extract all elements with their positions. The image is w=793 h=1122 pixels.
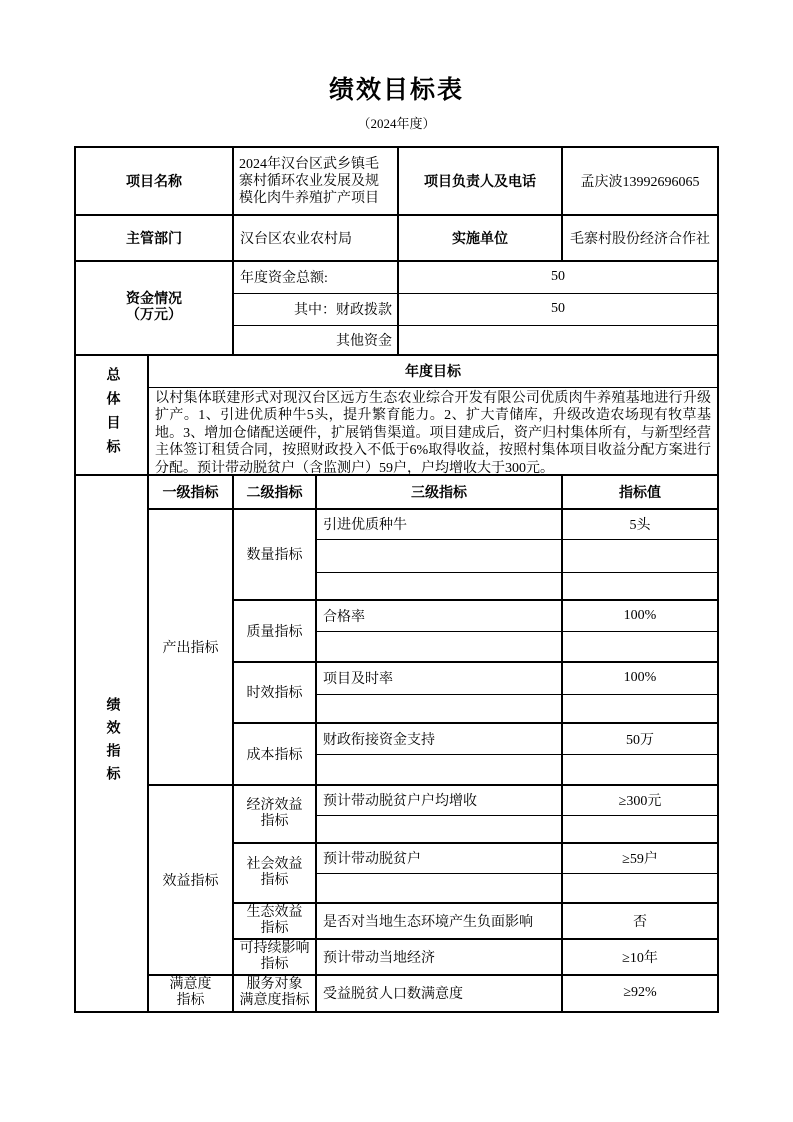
table-row: 效益指标 经济效益 指标 预计带动脱贫户户均增收 ≥300元 <box>75 785 718 816</box>
level3-cell <box>316 874 562 903</box>
project-name-value: 2024年汉台区武乡镇毛寨村循环农业发展及规模化肉牛养殖扩产项目 <box>233 147 398 215</box>
level3-cell: 合格率 <box>316 600 562 632</box>
leader-label: 项目负责人及电话 <box>398 147 562 215</box>
annual-goal-text-cell: 以村集体联建形式对现汉台区远方生态农业综合开发有限公司优质肉牛养殖基地进行升级扩… <box>148 387 718 475</box>
level2-ecological: 生态效益 指标 <box>233 903 316 939</box>
level3-cell: 引进优质种牛 <box>316 509 562 540</box>
level1-output: 产出指标 <box>148 509 233 785</box>
leader-value: 孟庆波13992696065 <box>562 147 718 215</box>
level2-service-satisfaction: 服务对象 满意度指标 <box>233 975 316 1012</box>
level3-cell: 预计带动当地经济 <box>316 939 562 975</box>
value-cell: 50万 <box>562 723 718 755</box>
page-subtitle: （2024年度） <box>0 117 793 131</box>
impl-label: 实施单位 <box>398 215 562 261</box>
value-cell: ≥10年 <box>562 939 718 975</box>
level3-cell <box>316 573 562 600</box>
value-cell: ≥300元 <box>562 785 718 816</box>
value-cell <box>562 695 718 723</box>
funding-total-value: 50 <box>398 261 718 293</box>
value-cell <box>562 816 718 843</box>
level3-cell <box>316 540 562 573</box>
annual-goal-text: 以村集体联建形式对现汉台区远方生态农业综合开发有限公司优质肉牛养殖基地进行升级扩… <box>155 388 711 474</box>
performance-target-table: 项目名称 2024年汉台区武乡镇毛寨村循环农业发展及规模化肉牛养殖扩产项目 项目… <box>74 146 719 1013</box>
level3-cell: 财政衔接资金支持 <box>316 723 562 755</box>
value-cell <box>562 573 718 600</box>
value-cell <box>562 540 718 573</box>
level2-quality: 质量指标 <box>233 600 316 662</box>
value-cell <box>562 755 718 785</box>
level3-cell <box>316 816 562 843</box>
level2-quantity: 数量指标 <box>233 509 316 600</box>
value-cell: 5头 <box>562 509 718 540</box>
value-cell: 100% <box>562 600 718 632</box>
level2-sustainability: 可持续影响 指标 <box>233 939 316 975</box>
level3-cell: 预计带动脱贫户 <box>316 843 562 874</box>
level1-benefit: 效益指标 <box>148 785 233 975</box>
level3-cell: 受益脱贫人口数满意度 <box>316 975 562 1012</box>
annual-goal-header: 年度目标 <box>148 355 718 387</box>
impl-value: 毛寨村股份经济合作社 <box>562 215 718 261</box>
page-title: 绩效目标表 <box>0 0 793 104</box>
value-cell: 否 <box>562 903 718 939</box>
level3-cell <box>316 755 562 785</box>
level2-timeliness: 时效指标 <box>233 662 316 723</box>
value-cell: 100% <box>562 662 718 695</box>
table-row: 满意度 指标 服务对象 满意度指标 受益脱贫人口数满意度 ≥92% <box>75 975 718 1012</box>
funding-other-value <box>398 325 718 355</box>
project-name-label: 项目名称 <box>75 147 233 215</box>
dept-value: 汉台区农业农村局 <box>233 215 398 261</box>
col-header-level2: 二级指标 <box>233 475 316 509</box>
col-header-level1: 一级指标 <box>148 475 233 509</box>
value-cell <box>562 632 718 662</box>
level1-satisfaction: 满意度 指标 <box>148 975 233 1012</box>
value-cell <box>562 874 718 903</box>
dept-label: 主管部门 <box>75 215 233 261</box>
col-header-value: 指标值 <box>562 475 718 509</box>
level3-cell <box>316 632 562 662</box>
document-page: 绩效目标表 （2024年度） 项目名称 2024年汉台区武乡镇毛寨村循环农业发展… <box>0 0 793 1122</box>
indicators-label-cell: 绩效指标 <box>75 475 148 1012</box>
col-header-level3: 三级指标 <box>316 475 562 509</box>
level3-cell: 预计带动脱贫户户均增收 <box>316 785 562 816</box>
funding-other-label: 其他资金 <box>233 325 398 355</box>
level2-economic: 经济效益 指标 <box>233 785 316 843</box>
value-cell: ≥92% <box>562 975 718 1012</box>
overall-goal-label: 总体目标 <box>102 367 122 463</box>
funding-total-label: 年度资金总额: <box>233 261 398 293</box>
table-row: 产出指标 数量指标 引进优质种牛 5头 <box>75 509 718 540</box>
level2-cost: 成本指标 <box>233 723 316 785</box>
level3-cell: 是否对当地生态环境产生负面影响 <box>316 903 562 939</box>
funding-fiscal-value: 50 <box>398 293 718 325</box>
overall-goal-label-cell: 总体目标 <box>75 355 148 475</box>
level2-social: 社会效益 指标 <box>233 843 316 903</box>
funding-fiscal-label: 其中：财政拨款 <box>233 293 398 325</box>
indicators-label: 绩效指标 <box>102 697 122 789</box>
funding-label: 资金情况 （万元） <box>75 261 233 355</box>
value-cell: ≥59户 <box>562 843 718 874</box>
level3-cell <box>316 695 562 723</box>
level3-cell: 项目及时率 <box>316 662 562 695</box>
